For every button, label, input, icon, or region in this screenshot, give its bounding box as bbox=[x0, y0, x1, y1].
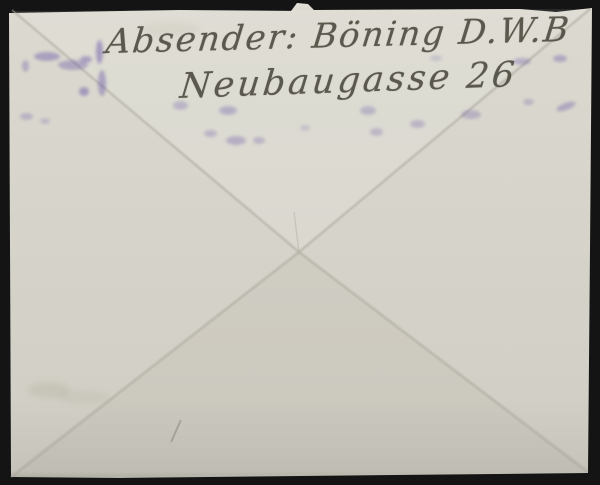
ink-smudge bbox=[80, 56, 92, 63]
ink-smudge bbox=[360, 106, 376, 115]
ink-smudge bbox=[553, 55, 567, 62]
ink-smudge bbox=[173, 101, 188, 110]
ink-smudge bbox=[513, 58, 531, 65]
ink-smudge bbox=[461, 110, 481, 119]
ink-smudge bbox=[300, 125, 310, 131]
ink-smudge bbox=[226, 136, 246, 145]
ink-smudge bbox=[98, 70, 106, 96]
ink-smudge bbox=[204, 130, 217, 137]
ink-smudge bbox=[34, 52, 60, 61]
paper-stain bbox=[140, 22, 200, 36]
ink-smudge bbox=[79, 87, 89, 96]
ink-smudge bbox=[20, 113, 33, 120]
ink-smudge bbox=[370, 128, 383, 136]
ink-smudge bbox=[96, 40, 103, 64]
ink-smudge bbox=[22, 60, 29, 72]
ink-smudge bbox=[40, 118, 50, 124]
ink-smudge bbox=[219, 106, 237, 115]
ink-smudge bbox=[430, 55, 442, 61]
ink-smudge bbox=[523, 99, 534, 105]
ink-smudge bbox=[253, 137, 265, 144]
paper-stain bbox=[58, 390, 110, 404]
photo-backdrop: Absender: Böning D.W.B Neubaugasse 26 bbox=[0, 0, 600, 485]
ink-smudge bbox=[410, 120, 425, 128]
